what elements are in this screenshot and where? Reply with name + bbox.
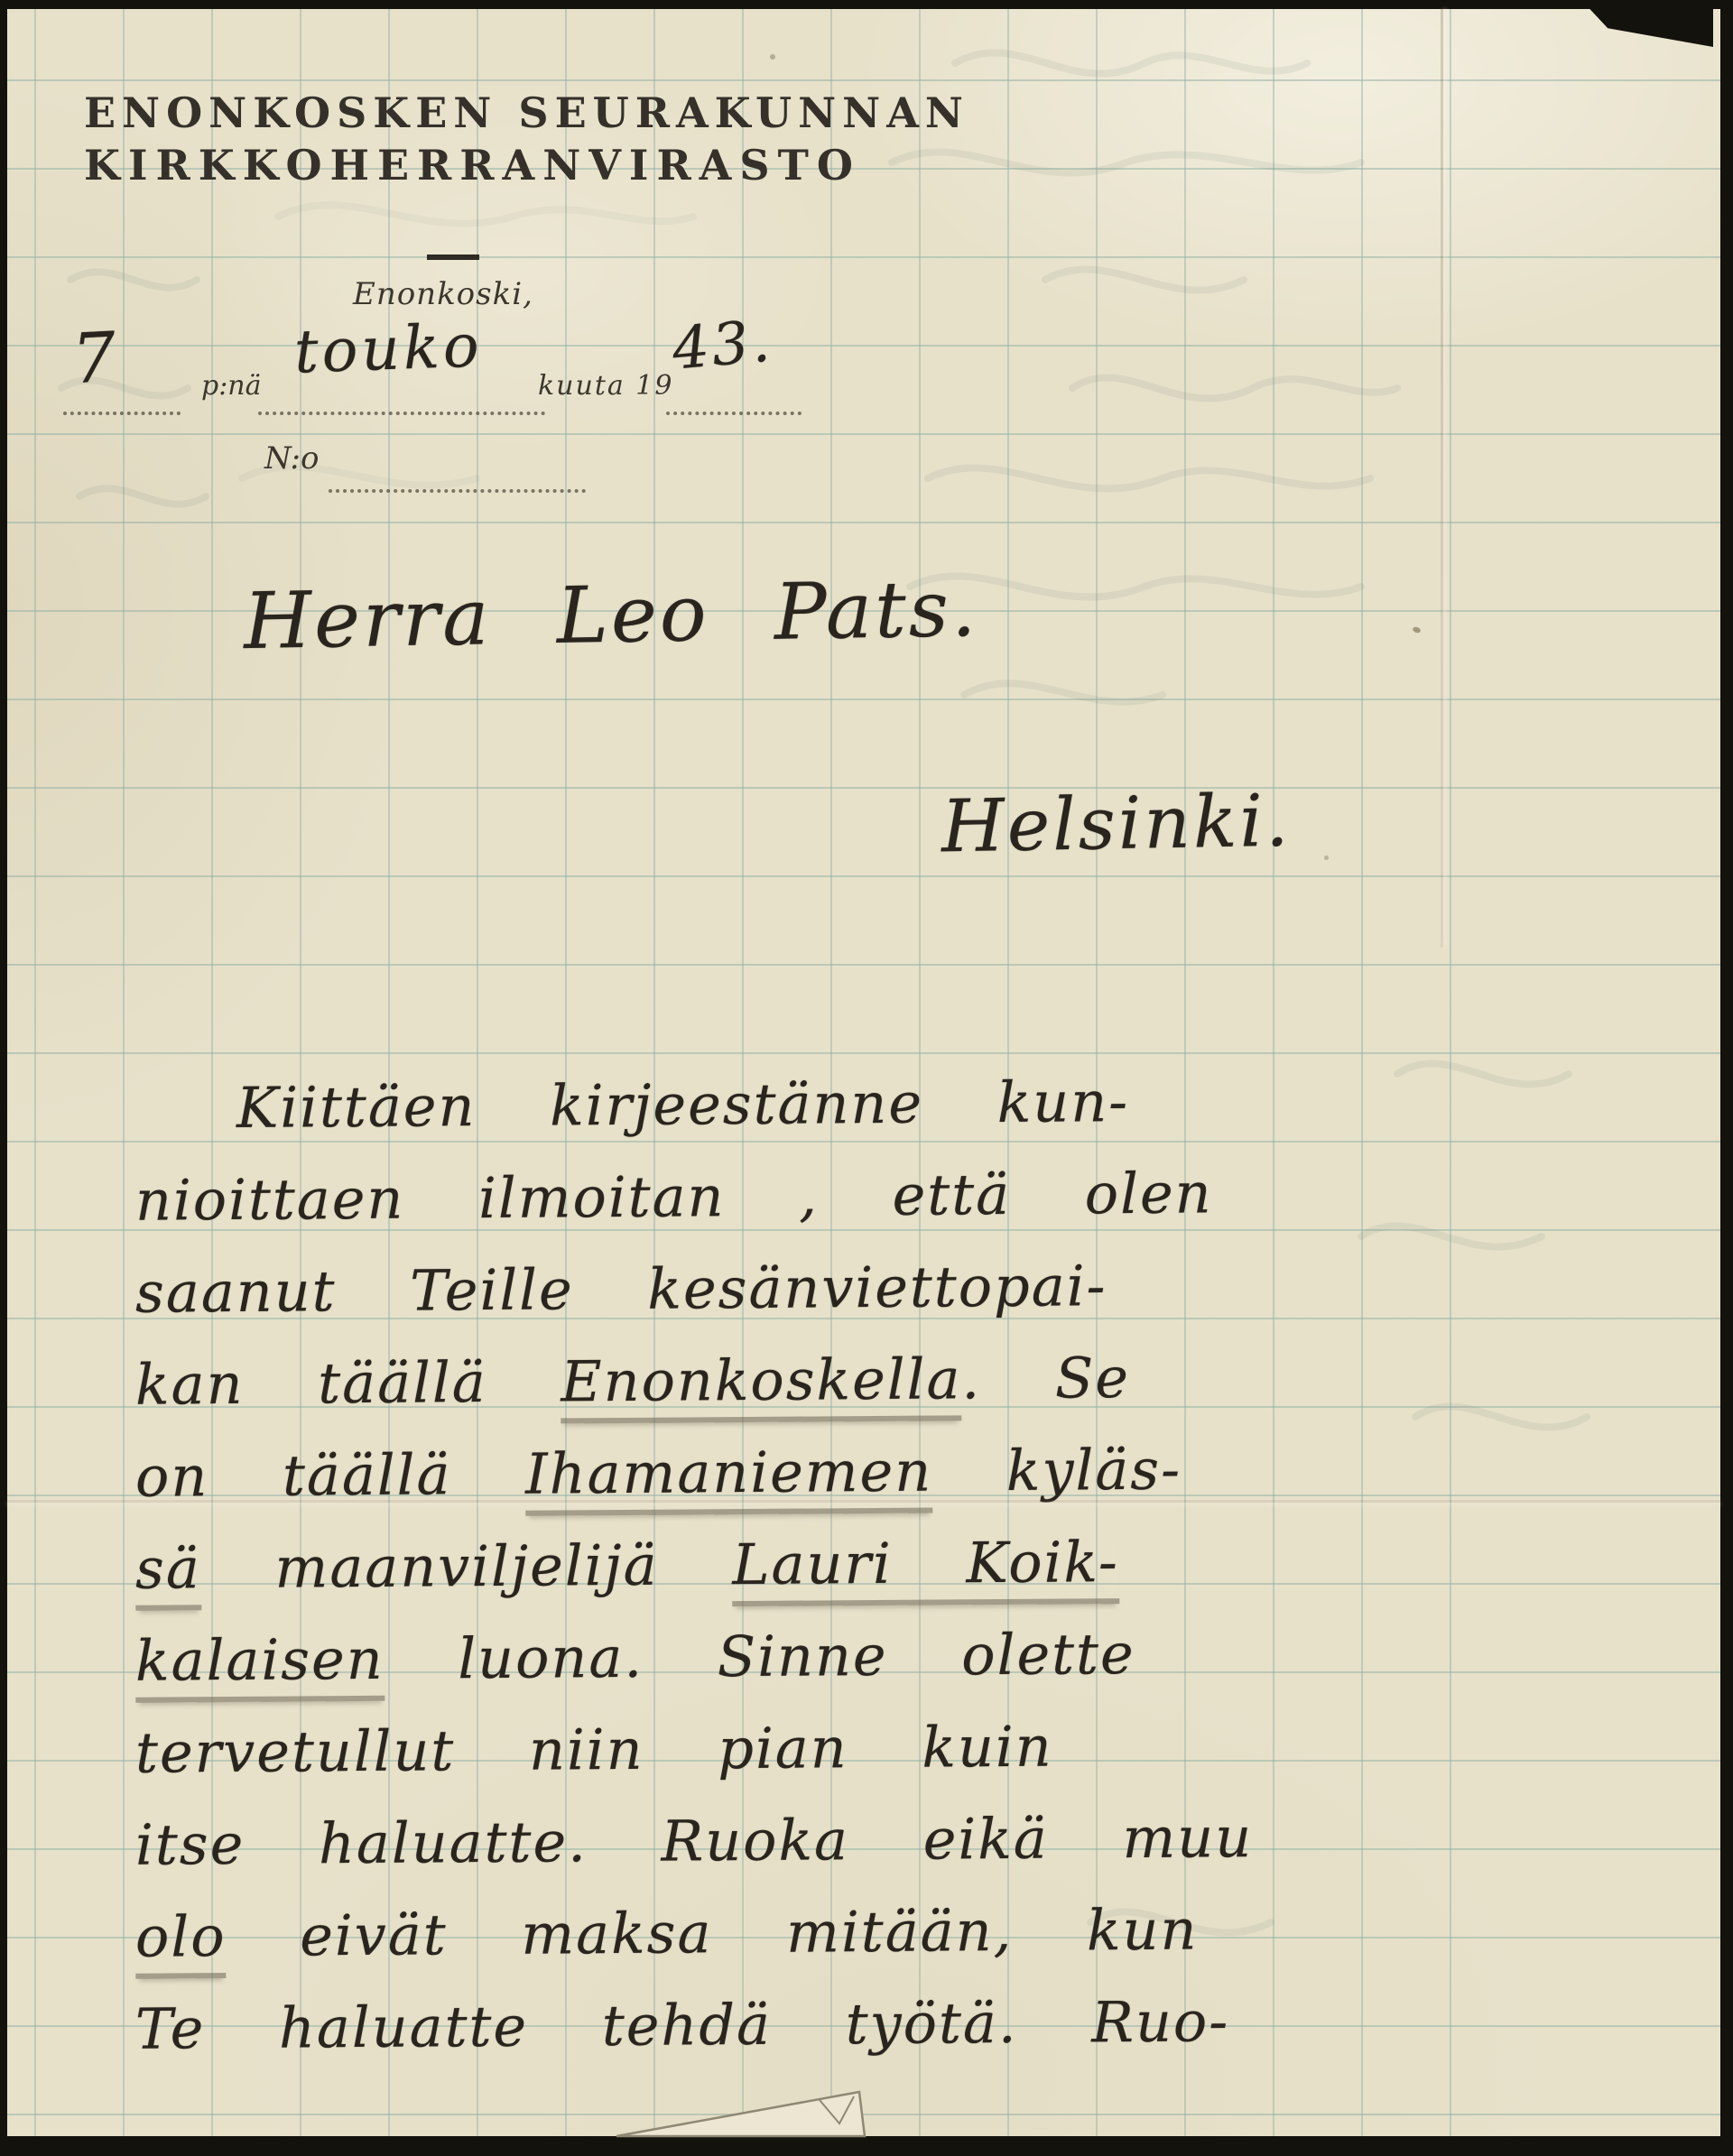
handwritten-text: eivät maksa mitään, kun [226, 1897, 1198, 1970]
number-dotted-line [329, 489, 586, 493]
letterhead-org-line2: KIRKKOHERRANVIRASTO [84, 141, 861, 190]
handwritten-line: sä maanviljelijä Lauri Koik- [135, 1513, 1617, 1615]
fold-crease-vertical [1441, 9, 1443, 948]
handwritten-line: olo eivät maksa mitään, kun [135, 1881, 1617, 1983]
handwritten-line: Te haluatte tehdä työtä. Ruo- [135, 1973, 1617, 2075]
scan-background: { "letterhead": { "org_line1": "ENONKOSK… [0, 0, 1733, 2156]
underlined-word: olo [135, 1903, 227, 1979]
underlined-word: Enonkoskella [561, 1346, 962, 1423]
handwritten-line: itse haluatte. Ruoka eikä muu [135, 1789, 1617, 1891]
handwritten-text: nioittaen ilmoitan , että olen [135, 1160, 1213, 1233]
handwritten-text: kyläs- [932, 1437, 1182, 1504]
handwritten-day: 7 [70, 317, 118, 399]
handwritten-line: kan täällä Enonkoskella. Se [135, 1328, 1617, 1430]
handwritten-line: saanut Teille kesänviettopai- [135, 1236, 1617, 1338]
handwritten-line: tervetullut niin pian kuin [135, 1697, 1617, 1799]
letter-body: Kiittäen kirjeestänne kun-nioittaen ilmo… [135, 1058, 1616, 2070]
handwritten-text: itse haluatte. Ruoka eikä muu [135, 1804, 1254, 1878]
handwritten-text: luona. Sinne olette [384, 1621, 1135, 1692]
handwritten-text: . Se [961, 1345, 1130, 1411]
handwritten-month: touko [293, 310, 484, 386]
year-dotted-line [666, 412, 802, 415]
place-label: Enonkoski, [353, 276, 533, 312]
underlined-word: kalaisen [135, 1626, 385, 1703]
ink-speck [770, 54, 775, 60]
month-unit-label: kuuta 19 [538, 370, 673, 402]
handwritten-text: Kiittäen kirjeestänne kun- [236, 1069, 1130, 1141]
recipient-city: Helsinki. [941, 779, 1292, 869]
fold-crease-horizontal [7, 1500, 1720, 1503]
underlined-word: Lauri Koik- [732, 1529, 1119, 1606]
letterhead-org-line1: ENONKOSKEN SEURAKUNNAN [84, 88, 969, 137]
recipient-name: Herra Leo Pats. [243, 564, 979, 667]
handwritten-text: maanviljelijä [201, 1531, 733, 1601]
number-label: N:o [264, 440, 319, 477]
letterhead-divider [427, 254, 479, 260]
day-dotted-line [63, 412, 181, 415]
underlined-word: sä [135, 1535, 201, 1611]
handwritten-text: saanut Teille kesänviettopai- [135, 1253, 1107, 1326]
letter-paper: ENONKOSKEN SEURAKUNNAN KIRKKOHERRANVIRAS… [7, 9, 1720, 2136]
handwritten-line: kalaisen luona. Sinne olette [135, 1605, 1617, 1707]
day-unit-label: p:nä [201, 370, 262, 402]
ink-speck [1324, 856, 1329, 860]
underlined-word: Ihamaniemen [525, 1439, 933, 1516]
handwritten-text: Te haluatte tehdä työtä. Ruo- [135, 1988, 1230, 2061]
month-dotted-line [258, 412, 545, 415]
handwritten-text: tervetullut niin pian kuin [135, 1714, 1053, 1786]
handwritten-year: 43. [670, 308, 775, 383]
folded-corner [603, 2080, 883, 2138]
handwritten-line: Kiittäen kirjeestänne kun- [135, 1052, 1617, 1154]
handwritten-text: kan täällä [135, 1348, 561, 1417]
handwritten-line: nioittaen ilmoitan , että olen [135, 1144, 1617, 1246]
handwritten-line: on täällä Ihamaniemen kyläs- [135, 1420, 1617, 1522]
